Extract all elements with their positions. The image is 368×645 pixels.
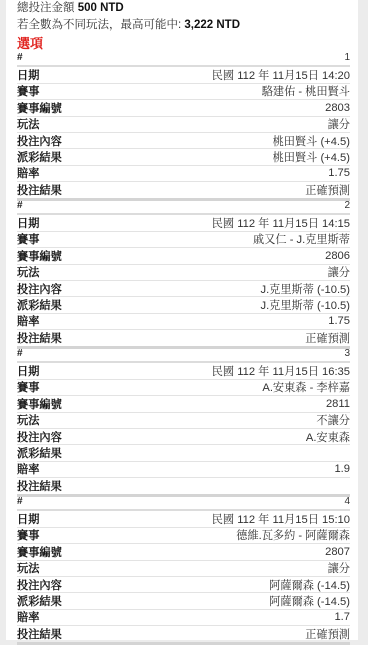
- label: 日期: [17, 511, 39, 527]
- bet-row-content: 投注內容阿薩爾森 (-14.5): [17, 577, 350, 593]
- label: 賽事編號: [17, 396, 62, 412]
- max-payout-value: 3,222 NTD: [184, 19, 240, 31]
- label: 賽事編號: [17, 100, 62, 116]
- bet-row-content: 投注內容J.克里斯蒂 (-10.5): [17, 281, 350, 297]
- value: 1.9: [334, 463, 350, 475]
- bet-item: #2 日期民國 112 年 11月15日 14:15 賽事戚又仁 - J.克里斯…: [17, 198, 350, 349]
- bet-row-match-no: 賽事編號2811: [17, 396, 350, 412]
- value: J.克里斯蒂 (-10.5): [260, 281, 350, 297]
- label: 派彩結果: [17, 445, 62, 461]
- label: 賽事編號: [17, 544, 62, 560]
- label: 玩法: [17, 560, 39, 576]
- value: 正確預測: [305, 182, 350, 198]
- value: 4: [344, 496, 350, 507]
- label: 賠率: [17, 165, 39, 181]
- label: 賠率: [17, 313, 39, 329]
- label: 投注結果: [17, 182, 62, 198]
- label: 派彩結果: [17, 149, 62, 165]
- value: 2806: [325, 250, 350, 262]
- total-stake-value: 500 NTD: [78, 2, 124, 14]
- bet-row-payout: 派彩結果桃田賢斗 (+4.5): [17, 149, 350, 165]
- bet-row-play-type: 玩法讓分: [17, 561, 350, 577]
- bet-row-odds: 賠率1.75: [17, 314, 350, 330]
- label: 玩法: [17, 116, 39, 132]
- label: 投注結果: [17, 478, 62, 494]
- value: 2: [344, 200, 350, 211]
- value: 民國 112 年 11月15日 15:10: [212, 511, 350, 527]
- bet-row-play-type: 玩法不讓分: [17, 413, 350, 429]
- bet-row-index: #1: [17, 50, 350, 67]
- bet-item: #4 日期民國 112 年 11月15日 15:10 賽事德維.瓦多約 - 阿薩…: [17, 494, 350, 640]
- bet-row-match: 賽事駱建佑 - 桃田賢斗: [17, 84, 350, 100]
- value: 1.7: [334, 611, 350, 623]
- value: 阿薩爾森 (-14.5): [269, 577, 350, 593]
- label: 投注內容: [17, 577, 62, 593]
- label: 玩法: [17, 412, 39, 428]
- label: 投注結果: [17, 330, 62, 346]
- value: 1.75: [328, 315, 350, 327]
- bet-row-match-no: 賽事編號2806: [17, 248, 350, 264]
- label: 日期: [17, 215, 39, 231]
- bet-row-match: 賽事德維.瓦多約 - 阿薩爾森: [17, 528, 350, 544]
- bet-row-payout: 派彩結果: [17, 445, 350, 461]
- bet-row-odds: 賠率1.7: [17, 610, 350, 626]
- bet-item: #1 日期民國 112 年 11月15日 14:20 賽事駱建佑 - 桃田賢斗 …: [17, 50, 350, 201]
- label: 賠率: [17, 461, 39, 477]
- value: J.克里斯蒂 (-10.5): [260, 297, 350, 313]
- label: 日期: [17, 363, 39, 379]
- value: 2811: [326, 398, 350, 410]
- value: 德維.瓦多約 - 阿薩爾森: [236, 527, 350, 543]
- bet-row-index: #3: [17, 346, 350, 363]
- label: 日期: [17, 67, 39, 83]
- bet-row-match-no: 賽事編號2807: [17, 544, 350, 560]
- value: 3: [344, 348, 350, 359]
- bet-summary: 總投注金額 500 NTD 若全數為不同玩法，最高可能中: 3,222 NTD …: [17, 0, 351, 53]
- label: #: [17, 200, 23, 211]
- value: 民國 112 年 11月15日 14:15: [212, 215, 350, 231]
- value: 桃田賢斗 (+4.5): [273, 149, 350, 165]
- bet-row-match: 賽事戚又仁 - J.克里斯蒂: [17, 232, 350, 248]
- bet-row-play-type: 玩法讓分: [17, 117, 350, 133]
- bet-row-date: 日期民國 112 年 11月15日 14:20: [17, 67, 350, 83]
- max-payout-label: 若全數為不同玩法，最高可能中:: [17, 19, 181, 31]
- label: 派彩結果: [17, 593, 62, 609]
- value: 民國 112 年 11月15日 16:35: [212, 363, 350, 379]
- label: 賽事: [17, 379, 39, 395]
- value: 不讓分: [316, 412, 350, 428]
- label: #: [17, 348, 23, 359]
- label: 投注內容: [17, 281, 62, 297]
- bet-item: #3 日期民國 112 年 11月15日 16:35 賽事A.安東森 - 李梓嘉…: [17, 346, 350, 497]
- value: 戚又仁 - J.克里斯蒂: [253, 231, 350, 247]
- bet-row-match-no: 賽事編號2803: [17, 100, 350, 116]
- value: A.安東森 - 李梓嘉: [262, 379, 350, 395]
- value: 2807: [325, 546, 350, 558]
- bet-row-date: 日期民國 112 年 11月15日 15:10: [17, 511, 350, 527]
- bet-row-payout: 派彩結果J.克里斯蒂 (-10.5): [17, 297, 350, 313]
- bet-row-date: 日期民國 112 年 11月15日 16:35: [17, 363, 350, 379]
- value: 駱建佑 - 桃田賢斗: [262, 83, 350, 99]
- bet-row-payout: 派彩結果阿薩爾森 (-14.5): [17, 593, 350, 609]
- value: 1: [344, 52, 350, 63]
- value: A.安東森: [306, 429, 350, 445]
- value: 1.75: [328, 167, 350, 179]
- bet-row-date: 日期民國 112 年 11月15日 14:15: [17, 215, 350, 231]
- bet-row-play-type: 玩法讓分: [17, 265, 350, 281]
- value: 讓分: [328, 560, 350, 576]
- label: 賽事編號: [17, 248, 62, 264]
- bet-row-content: 投注內容桃田賢斗 (+4.5): [17, 133, 350, 149]
- label: 賽事: [17, 83, 39, 99]
- label: 投注內容: [17, 429, 62, 445]
- label: 投注內容: [17, 133, 62, 149]
- label: 賽事: [17, 231, 39, 247]
- value: 讓分: [328, 264, 350, 280]
- value: 讓分: [328, 116, 350, 132]
- value: 正確預測: [305, 626, 350, 640]
- value: 桃田賢斗 (+4.5): [273, 133, 350, 149]
- bet-row-index: #4: [17, 494, 350, 511]
- value: 民國 112 年 11月15日 14:20: [212, 67, 350, 83]
- value: 阿薩爾森 (-14.5): [269, 593, 350, 609]
- label: 賽事: [17, 527, 39, 543]
- value: 2803: [325, 102, 350, 114]
- label: 賠率: [17, 609, 39, 625]
- bet-row-match: 賽事A.安東森 - 李梓嘉: [17, 380, 350, 396]
- bet-row-odds: 賠率1.9: [17, 462, 350, 478]
- bet-row-odds: 賠率1.75: [17, 166, 350, 182]
- bet-row-result: 投注結果正確預測: [17, 626, 350, 640]
- label: #: [17, 496, 23, 507]
- max-payout: 若全數為不同玩法，最高可能中: 3,222 NTD: [17, 17, 351, 34]
- value: 正確預測: [305, 330, 350, 346]
- total-stake: 總投注金額 500 NTD: [17, 0, 351, 17]
- bet-row-content: 投注內容A.安東森: [17, 429, 350, 445]
- bet-row-index: #2: [17, 198, 350, 215]
- label: #: [17, 52, 23, 63]
- label: 玩法: [17, 264, 39, 280]
- label: 投注結果: [17, 626, 62, 640]
- total-stake-label: 總投注金額: [17, 2, 75, 14]
- label: 派彩結果: [17, 297, 62, 313]
